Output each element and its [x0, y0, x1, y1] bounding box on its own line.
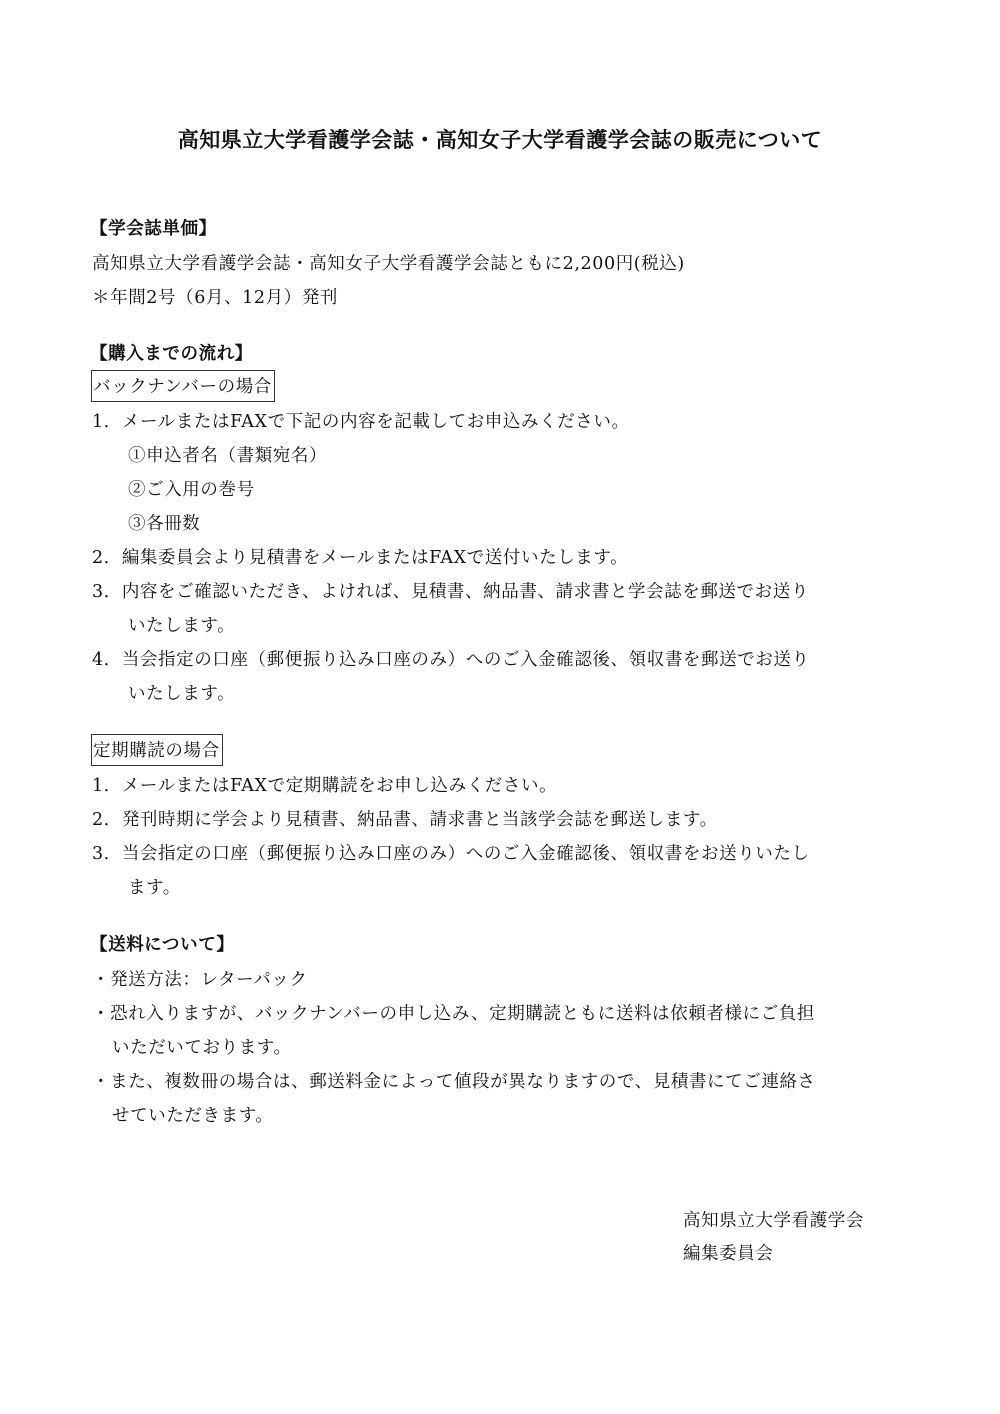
price-heading: 【学会誌単価】	[90, 215, 217, 240]
shipping-item: ・また、複数冊の場合は、郵送料金によって値段が異なりますので、見積書にてご連絡さ	[92, 1068, 816, 1093]
signature-committee: 編集委員会	[683, 1240, 774, 1265]
backnumber-substep: ②ご入用の巻号	[128, 476, 255, 501]
shipping-item-cont: いただいております。	[112, 1034, 292, 1059]
backnumber-substep: ③各冊数	[128, 510, 200, 535]
issue-note: ＊年間2号（6月、12月）発刊	[92, 284, 338, 309]
price-line: 高知県立大学看護学会誌・高知女子大学看護学会誌ともに2,200円(税込)	[92, 250, 685, 275]
subscription-step: 3．当会指定の口座（郵便振り込み口座のみ）へのご入金確認後、領収書をお送りいたし	[92, 840, 810, 865]
signature-org: 高知県立大学看護学会	[683, 1207, 864, 1232]
backnumber-step-cont: いたします。	[128, 612, 235, 637]
subscription-step: 2．発刊時期に学会より見積書、納品書、請求書と当該学会誌を郵送します。	[92, 806, 718, 831]
subscription-label: 定期購読の場合	[91, 734, 223, 766]
backnumber-step: 2．編集委員会より見積書をメールまたはFAXで送付いたします。	[92, 544, 628, 569]
backnumber-step: 1．メールまたはFAXで下記の内容を記載してお申込みください。	[92, 408, 630, 433]
backnumber-label: バックナンバーの場合	[91, 370, 275, 402]
shipping-item: ・恐れ入りますが、バックナンバーの申し込み、定期購読ともに送料は依頼者様にご負担	[92, 1000, 815, 1025]
backnumber-substep: ①申込者名（書類宛名）	[128, 442, 327, 467]
backnumber-step-cont: いたします。	[128, 680, 235, 705]
shipping-heading: 【送料について】	[90, 931, 234, 956]
shipping-item: ・発送方法：レターパック	[92, 966, 308, 991]
flow-heading: 【購入までの流れ】	[90, 340, 253, 365]
backnumber-step: 4．当会指定の口座（郵便振り込み口座のみ）へのご入金確認後、領収書を郵送でお送り	[92, 646, 810, 671]
subscription-step-cont: ます。	[128, 874, 181, 899]
backnumber-step: 3．内容をご確認いただき、よければ、見積書、納品書、請求書と学会誌を郵送でお送り	[92, 578, 809, 603]
document-title: 高知県立大学看護学会誌・高知女子大学看護学会誌の販売について	[0, 124, 1000, 154]
subscription-step: 1．メールまたはFAXで定期購読をお申し込みください。	[92, 772, 557, 797]
shipping-item-cont: せていただきます。	[112, 1102, 274, 1127]
